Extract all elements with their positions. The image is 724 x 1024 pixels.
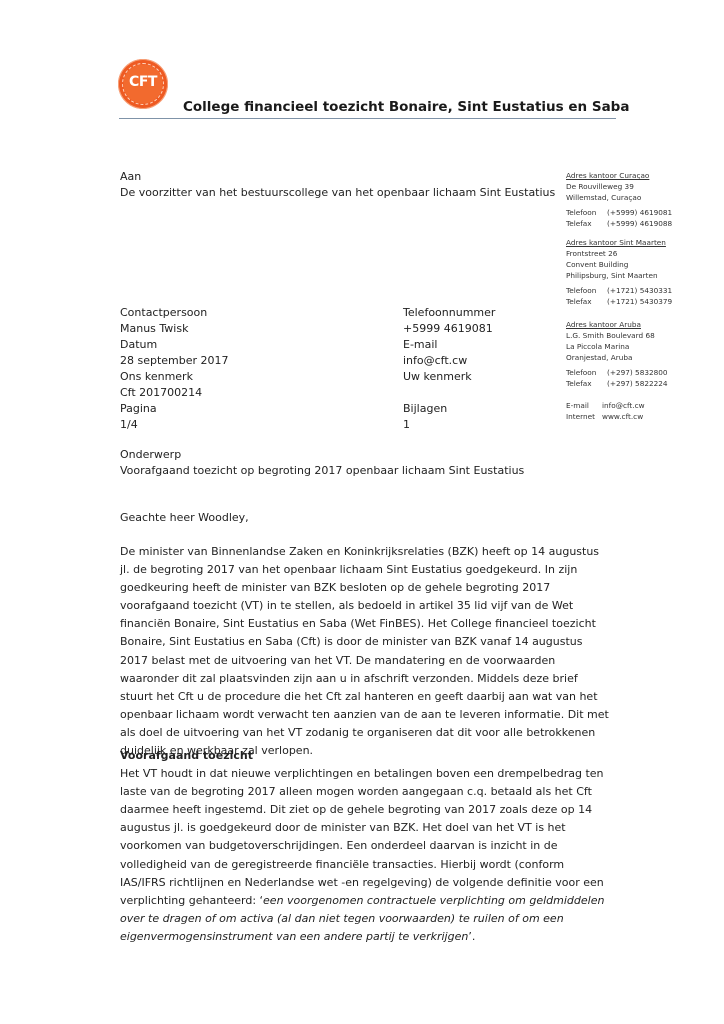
office-phone: Telefoon (+297) 5832800 xyxy=(566,367,668,378)
phone-label: Telefoon xyxy=(566,207,607,218)
text-line: stuurt het Cft u de procedure die het Cf… xyxy=(120,688,640,706)
meta-label-our-reference: Ons kenmerk xyxy=(120,370,193,383)
meta-value-attachments: 1 xyxy=(403,418,410,431)
meta-value-phone: +5999 4619081 xyxy=(403,322,493,335)
text-line: Bonaire, Sint Eustatius en Saba (Cft) is… xyxy=(120,633,640,651)
text-line: goedkeuring heeft de minister van BZK be… xyxy=(120,579,640,597)
text-line: financiën Bonaire, Sint Eustatius en Sab… xyxy=(120,615,640,633)
text-line: De minister van Binnenlandse Zaken en Ko… xyxy=(120,543,640,561)
contact-internet: Internet www.cft.cw xyxy=(566,411,645,422)
meta-value-email[interactable]: info@cft.cw xyxy=(403,354,467,367)
subject-label: Onderwerp xyxy=(120,448,181,461)
office-fax: Telefax (+297) 5822224 xyxy=(566,378,668,389)
fax-label: Telefax xyxy=(566,296,607,307)
meta-label-page: Pagina xyxy=(120,402,157,415)
fax-value: (+5999) 4619088 xyxy=(607,218,672,229)
office-fax: Telefax (+1721) 5430379 xyxy=(566,296,672,307)
office-sint-maarten: Adres kantoor Sint Maarten Frontstreet 2… xyxy=(566,237,672,307)
phone-value: (+5999) 4619081 xyxy=(607,207,672,218)
phone-label: Telefoon xyxy=(566,367,607,378)
office-heading: Adres kantoor Curaçao xyxy=(566,170,672,181)
text-line: jl. de begroting 2017 van het openbaar l… xyxy=(120,561,640,579)
fax-label: Telefax xyxy=(566,218,607,229)
email-link[interactable]: info@cft.cw xyxy=(602,400,645,411)
meta-label-phone: Telefoonnummer xyxy=(403,306,495,319)
quote-end: ’. xyxy=(468,930,475,943)
recipient-label: Aan xyxy=(120,170,141,183)
meta-label-date: Datum xyxy=(120,338,157,351)
text-line: daarmee heeft ingestemd. Dit ziet op de … xyxy=(120,801,640,819)
office-address-line: De Rouvilleweg 39 xyxy=(566,181,672,192)
fax-label: Telefax xyxy=(566,378,607,389)
text-line: als doel de uitvoering van het VT zodani… xyxy=(120,724,640,742)
meta-label-email: E-mail xyxy=(403,338,438,351)
meta-label-your-reference: Uw kenmerk xyxy=(403,370,472,383)
office-address-line: Convent Building xyxy=(566,259,672,270)
office-fax: Telefax (+5999) 4619088 xyxy=(566,218,672,229)
meta-value-our-reference: Cft 201700214 xyxy=(120,386,202,399)
text-line: waaronder dit zal plaatsvinden zijn aan … xyxy=(120,670,640,688)
quote-intro: verplichting gehanteerd: ‘ xyxy=(120,894,263,907)
section-heading: Voorafgaand toezicht xyxy=(120,747,640,765)
office-heading: Adres kantoor Sint Maarten xyxy=(566,237,672,248)
office-address-line: L.G. Smith Boulevard 68 xyxy=(566,330,668,341)
fax-value: (+1721) 5430379 xyxy=(607,296,672,307)
text-line: verplichting gehanteerd: ‘een voorgenome… xyxy=(120,892,640,910)
office-address-line: Frontstreet 26 xyxy=(566,248,672,259)
subject-value: Voorafgaand toezicht op begroting 2017 o… xyxy=(120,464,524,477)
office-aruba: Adres kantoor Aruba L.G. Smith Boulevard… xyxy=(566,319,668,389)
definition-quote: over te dragen of om activa (al dan niet… xyxy=(120,910,640,928)
logo-text: CFT xyxy=(118,74,168,90)
text-line: voorafgaand toezicht (VT) in te stellen,… xyxy=(120,597,640,615)
recipient-name: De voorzitter van het bestuurscollege va… xyxy=(120,186,555,199)
text-line: eigenvermogensinstrument van een andere … xyxy=(120,928,640,946)
office-address-line: Philipsburg, Sint Maarten xyxy=(566,270,672,281)
text-line: volledigheid van de geregistreerde finan… xyxy=(120,856,640,874)
text-line: openbaar lichaam wordt verwacht ten aanz… xyxy=(120,706,640,724)
email-label: E-mail xyxy=(566,400,602,411)
text-line: augustus jl. is goedgekeurd door de mini… xyxy=(120,819,640,837)
general-contact: E-mail info@cft.cw Internet www.cft.cw xyxy=(566,400,645,422)
meta-label-attachments: Bijlagen xyxy=(403,402,447,415)
meta-value-date: 28 september 2017 xyxy=(120,354,229,367)
definition-quote: een voorgenomen contractuele verplichtin… xyxy=(263,894,604,907)
phone-value: (+297) 5832800 xyxy=(607,367,668,378)
meta-value-contactperson: Manus Twisk xyxy=(120,322,188,335)
office-heading: Adres kantoor Aruba xyxy=(566,319,668,330)
meta-label-contactperson: Contactpersoon xyxy=(120,306,207,319)
organization-title: College financieel toezicht Bonaire, Sin… xyxy=(183,99,629,115)
text-line: voorkomen van budgetoverschrijdingen. Ee… xyxy=(120,837,640,855)
phone-value: (+1721) 5430331 xyxy=(607,285,672,296)
text-line: Het VT houdt in dat nieuwe verplichtinge… xyxy=(120,765,640,783)
text-line: laste van de begroting 2017 alleen mogen… xyxy=(120,783,640,801)
phone-label: Telefoon xyxy=(566,285,607,296)
fax-value: (+297) 5822224 xyxy=(607,378,668,389)
salutation: Geachte heer Woodley, xyxy=(120,511,249,524)
office-phone: Telefoon (+1721) 5430331 xyxy=(566,285,672,296)
meta-value-page: 1/4 xyxy=(120,418,138,431)
text-line: 2017 belast met de uitvoering van het VT… xyxy=(120,652,640,670)
text-line: IAS/IFRS richtlijnen en Nederlandse wet … xyxy=(120,874,640,892)
office-address-line: La Piccola Marina xyxy=(566,341,668,352)
paragraph-intro: De minister van Binnenlandse Zaken en Ko… xyxy=(120,543,640,760)
header-divider xyxy=(119,118,616,119)
section-voorafgaand-toezicht: Voorafgaand toezicht Het VT houdt in dat… xyxy=(120,747,640,946)
office-address-line: Willemstad, Curaçao xyxy=(566,192,672,203)
office-phone: Telefoon (+5999) 4619081 xyxy=(566,207,672,218)
cft-logo: CFT xyxy=(118,59,168,109)
office-curacao: Adres kantoor Curaçao De Rouvilleweg 39 … xyxy=(566,170,672,229)
office-address-line: Oranjestad, Aruba xyxy=(566,352,668,363)
website-link[interactable]: www.cft.cw xyxy=(602,411,643,422)
contact-email: E-mail info@cft.cw xyxy=(566,400,645,411)
definition-quote: eigenvermogensinstrument van een andere … xyxy=(120,930,468,943)
internet-label: Internet xyxy=(566,411,602,422)
